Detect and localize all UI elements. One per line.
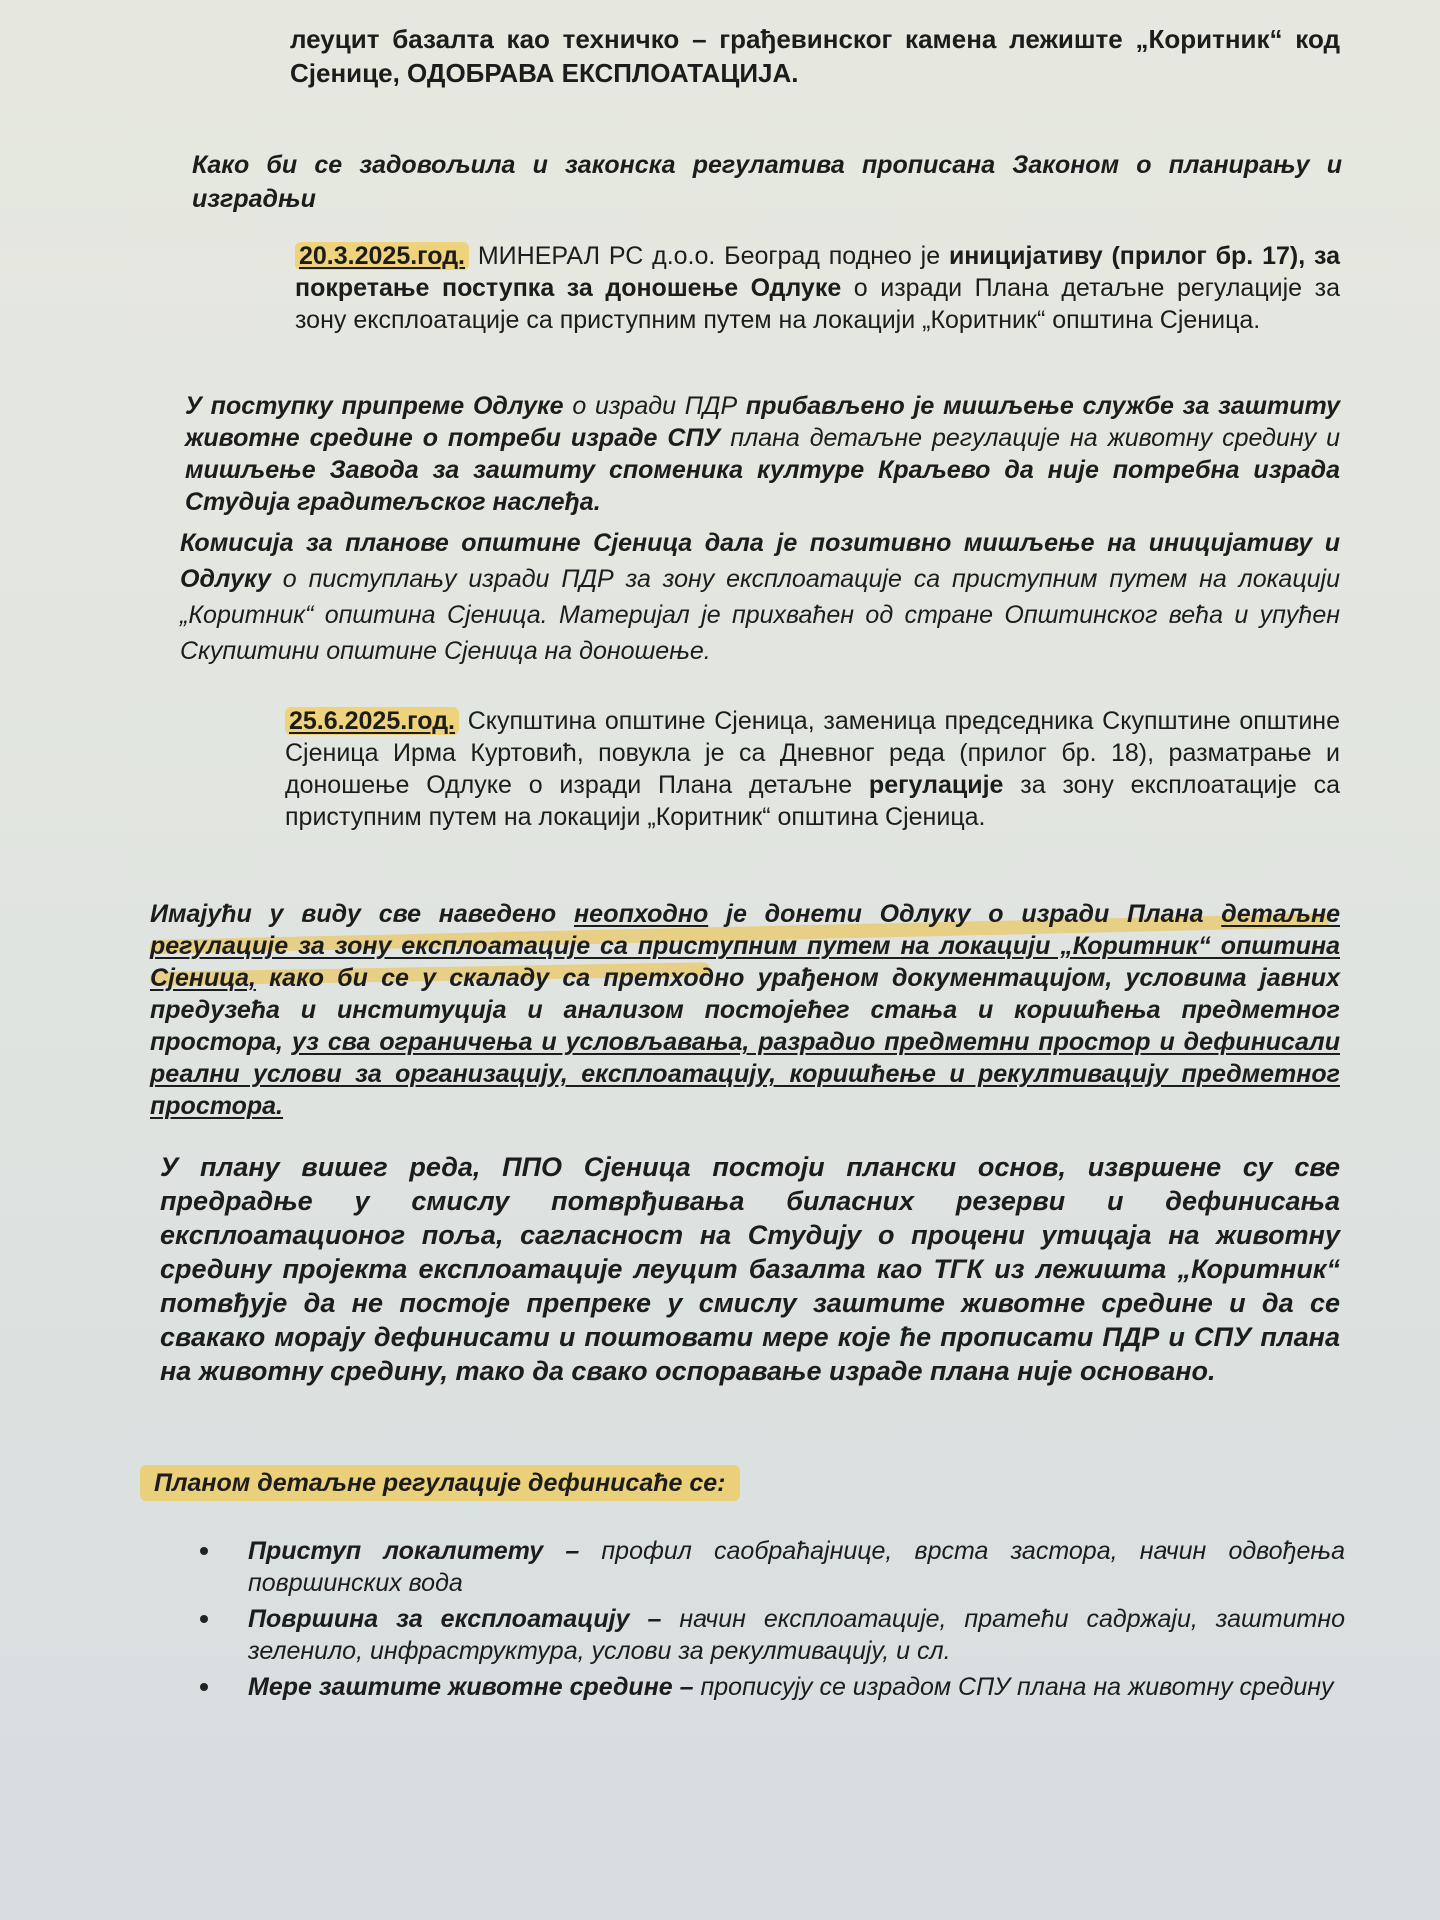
bullet-icon <box>200 1547 208 1555</box>
heading-defined: Планом детаљне регулације дефинисаће се: <box>140 1468 1340 1499</box>
intro-text: леуцит базалта као техничко – грађевинск… <box>290 22 1340 90</box>
event1-text: МИНЕРАЛ РС д.о.о. Београд поднео је <box>469 242 949 270</box>
document-page: леуцит базалта као техничко – грађевинск… <box>0 0 1440 1920</box>
event2-bold: регулације <box>869 771 1004 799</box>
necessary-s3: је донети Одлуку о изради Плана <box>708 900 1221 928</box>
bullet-icon <box>200 1615 208 1623</box>
bullet-title: Приступ локалитету – <box>248 1537 579 1565</box>
bullet-text: прописују се израдом СПУ плана на животн… <box>694 1673 1334 1701</box>
heading-law: Како би се задовољила и законска регулат… <box>192 148 1342 216</box>
bullet-icon <box>200 1683 208 1691</box>
bullet-list: Приступ локалитету – профил саобраћајниц… <box>200 1535 1345 1703</box>
procedure-s1: У поступку припреме Одлуке <box>185 392 564 420</box>
event-2025-06-25: 25.6.2025.год. Скупштина општине Сјеница… <box>285 705 1340 833</box>
procedure-s4: плана детаљне регулације на животну сред… <box>720 424 1340 452</box>
procedure-s5: мишљење Завода за заштиту споменика култ… <box>185 456 1340 516</box>
paragraph-necessary: Имајући у виду све наведено неопходно је… <box>150 898 1340 1122</box>
paragraph-procedure: У поступку припреме Одлуке о изради ПДР … <box>185 390 1340 518</box>
event-2025-03-20: 20.3.2025.год. МИНЕРАЛ РС д.о.о. Београд… <box>295 240 1340 336</box>
necessary-underline: неопходно <box>574 900 708 928</box>
definition-list: Приступ локалитету – профил саобраћајниц… <box>200 1535 1345 1707</box>
necessary-s6: уз сва ограничења и условљавања, разради… <box>150 1028 1340 1120</box>
necessary-s1: Имајући у виду све наведено <box>150 900 574 928</box>
paragraph-commission: Комисија за планове општине Сјеница дала… <box>180 525 1340 669</box>
paragraph-higher-plan: У плану вишег реда, ППО Сјеница постоји … <box>160 1150 1340 1388</box>
date-highlight-2: 25.6.2025.год. <box>285 707 459 735</box>
heading-defined-text: Планом детаљне регулације дефинисаће се: <box>140 1465 740 1501</box>
procedure-s2: о изради ПДР <box>564 392 746 420</box>
list-item: Мере заштите животне средине – прописују… <box>200 1671 1345 1703</box>
bullet-title: Мере заштите животне средине – <box>248 1673 694 1701</box>
list-item: Површина за експлоатацију – начин експло… <box>200 1603 1345 1667</box>
bullet-title: Површина за експлоатацију – <box>248 1605 661 1633</box>
list-item: Приступ локалитету – профил саобраћајниц… <box>200 1535 1345 1599</box>
date-highlight: 20.3.2025.год. <box>295 242 469 270</box>
commission-s2: о пиступлању изради ПДР за зону експлоат… <box>180 565 1340 665</box>
